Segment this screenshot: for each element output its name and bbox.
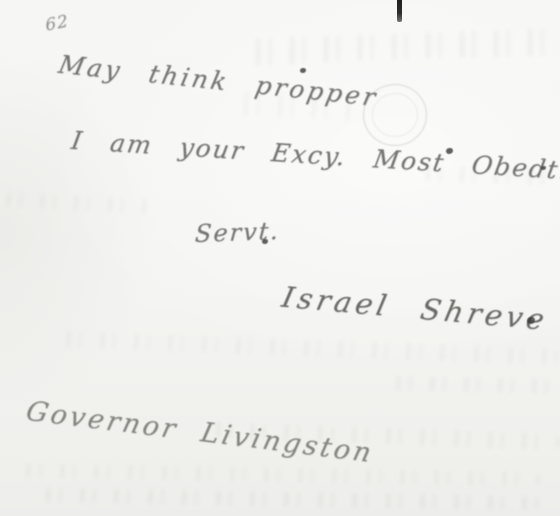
ink-blot: [300, 68, 306, 73]
handwritten-line-closing-2: I am your Excy. Most Obedt.: [69, 126, 560, 185]
bleed-through-band: [20, 463, 540, 486]
page-number-annotation: 62: [44, 11, 70, 36]
signature-israel-shreve: Israel Shreve: [279, 280, 551, 337]
letter-scan-page: 62 May think propper I am your Excy. Mos…: [0, 0, 560, 516]
bleed-through-band: [390, 377, 560, 394]
bleed-through-band: [40, 488, 540, 511]
addressee-governor-livingston: Governor Livingston: [23, 396, 377, 469]
pen-mark-top-edge: [397, 0, 402, 22]
bleed-through-band: [250, 29, 551, 65]
bleed-through-band: [0, 192, 150, 214]
handwritten-line-closing-3: Servt.: [194, 217, 281, 248]
bleed-through-band: [60, 331, 560, 364]
